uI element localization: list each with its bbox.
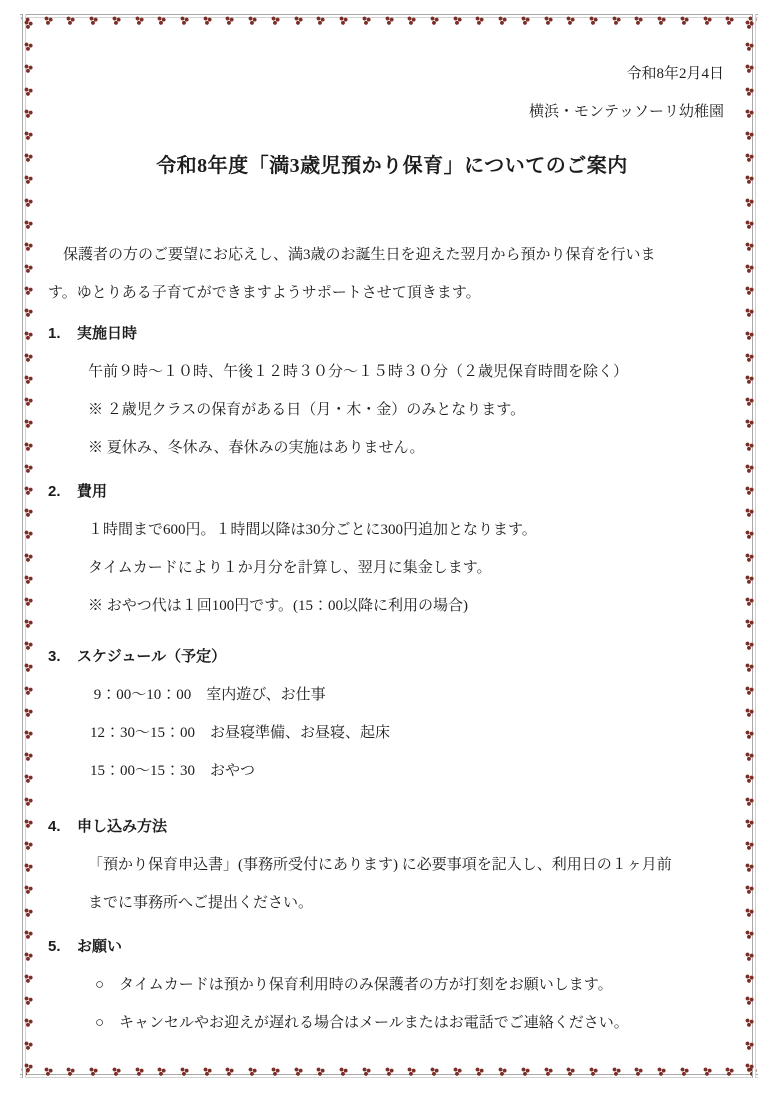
border-motif-icon	[657, 16, 666, 25]
border-motif-icon	[203, 1067, 212, 1076]
border-motif-icon	[24, 375, 33, 384]
border-motif-icon	[745, 708, 754, 717]
border-motif-icon	[703, 16, 712, 25]
border-motif-icon	[745, 952, 754, 961]
border-motif-icon	[24, 242, 33, 251]
border-motif-icon	[339, 1067, 348, 1076]
border-motif-icon	[271, 16, 280, 25]
border-motif-icon	[24, 42, 33, 51]
border-motif-icon	[24, 64, 33, 73]
border-motif-icon	[24, 1018, 33, 1027]
border-motif-icon	[748, 16, 757, 25]
border-motif-icon	[180, 16, 189, 25]
border-motif-icon	[24, 175, 33, 184]
border-motif-icon	[612, 16, 621, 25]
border-motif-icon	[680, 1067, 689, 1076]
border-motif-icon	[745, 198, 754, 207]
border-motif-icon	[24, 1041, 33, 1050]
organization-name: 横浜・モンテッソーリ幼稚園	[529, 93, 724, 131]
border-edge-right	[744, 12, 758, 1080]
border-motif-icon	[566, 1067, 575, 1076]
border-motif-icon	[745, 619, 754, 628]
border-motif-icon	[745, 175, 754, 184]
border-motif-icon	[248, 1067, 257, 1076]
border-motif-icon	[24, 397, 33, 406]
border-motif-icon	[745, 797, 754, 806]
border-motif-icon	[745, 264, 754, 273]
border-motif-icon	[475, 1067, 484, 1076]
border-motif-icon	[745, 109, 754, 118]
border-motif-icon	[589, 16, 598, 25]
border-motif-icon	[24, 286, 33, 295]
section-number: 5.	[48, 928, 77, 966]
border-motif-icon	[566, 16, 575, 25]
border-motif-icon	[89, 1067, 98, 1076]
border-motif-icon	[24, 1063, 33, 1072]
border-motif-icon	[21, 1067, 30, 1076]
section-note-line: ※ 夏休み、冬休み、春休みの実施はありません。	[48, 429, 730, 467]
border-motif-icon	[24, 464, 33, 473]
document-header: 令和8年2月4日 横浜・モンテッソーリ幼稚園	[529, 55, 724, 131]
border-motif-icon	[316, 1067, 325, 1076]
border-motif-icon	[24, 442, 33, 451]
section-number: 4.	[48, 808, 77, 846]
border-motif-icon	[316, 16, 325, 25]
border-motif-icon	[745, 20, 754, 29]
border-motif-icon	[745, 375, 754, 384]
section-heading-label: お願い	[77, 928, 122, 966]
border-motif-icon	[430, 16, 439, 25]
border-motif-icon	[24, 974, 33, 983]
border-motif-icon	[24, 486, 33, 495]
section-line: タイムカードにより１か月分を計算し、翌月に集金します。	[48, 549, 730, 587]
border-motif-icon	[453, 16, 462, 25]
border-motif-icon	[453, 1067, 462, 1076]
border-motif-icon	[24, 863, 33, 872]
border-motif-icon	[745, 353, 754, 362]
section-heading-requests: 5. お願い	[48, 928, 730, 966]
border-motif-icon	[225, 16, 234, 25]
border-motifs-right	[745, 20, 754, 1072]
border-motif-icon	[24, 819, 33, 828]
border-motif-icon	[745, 863, 754, 872]
border-motif-icon	[135, 16, 144, 25]
border-motif-icon	[745, 752, 754, 761]
border-motif-icon	[544, 1067, 553, 1076]
border-motif-icon	[745, 42, 754, 51]
border-motif-icon	[745, 1063, 754, 1072]
border-motif-icon	[745, 464, 754, 473]
border-motif-icon	[745, 686, 754, 695]
intro-paragraph-line: す。ゆとりある子育てができますようサポートさせて頂きます。	[48, 274, 730, 312]
border-motif-icon	[24, 220, 33, 229]
section-heading-fees: 2. 費用	[48, 473, 730, 511]
border-motif-icon	[24, 109, 33, 118]
border-motif-icon	[44, 1067, 53, 1076]
border-motif-icon	[294, 16, 303, 25]
section-line: 午前９時～１０時、午後１２時３０分～１５時３０分（２歳児保育時間を除く）	[48, 353, 730, 391]
border-motif-icon	[745, 220, 754, 229]
request-item-line: ○ キャンセルやお迎えが遅れる場合はメールまたはお電話でご連絡ください。	[48, 1004, 730, 1042]
border-motif-icon	[745, 419, 754, 428]
request-item-line: ○ タイムカードは預かり保育利用時のみ保護者の方が打刻をお願いします。	[48, 966, 730, 1004]
section-heading-schedule: 3. スケジュール（予定）	[48, 638, 730, 676]
border-motif-icon	[703, 1067, 712, 1076]
border-motif-icon	[339, 16, 348, 25]
border-motif-icon	[66, 1067, 75, 1076]
border-motif-icon	[362, 16, 371, 25]
schedule-line: 9：00～10：00 室内遊び、お仕事	[48, 676, 730, 714]
border-motif-icon	[24, 597, 33, 606]
border-motif-icon	[745, 331, 754, 340]
border-line	[752, 14, 756, 1078]
border-motif-icon	[521, 1067, 530, 1076]
border-motif-icon	[24, 553, 33, 562]
border-motif-icon	[24, 663, 33, 672]
border-motif-icon	[24, 419, 33, 428]
document-page: 令和8年2月4日 横浜・モンテッソーリ幼稚園 令和8年度「満3歳児預かり保育」に…	[0, 0, 784, 1100]
border-motif-icon	[271, 1067, 280, 1076]
border-motif-icon	[745, 553, 754, 562]
border-motif-icon	[24, 752, 33, 761]
border-motif-icon	[24, 708, 33, 717]
border-motif-icon	[24, 131, 33, 140]
border-motif-icon	[748, 1067, 757, 1076]
border-motif-icon	[745, 397, 754, 406]
border-motif-icon	[544, 16, 553, 25]
section-heading-label: 実施日時	[77, 315, 137, 353]
border-motif-icon	[385, 16, 394, 25]
section-heading-implementation-datetime: 1. 実施日時	[48, 315, 730, 353]
border-motif-icon	[24, 87, 33, 96]
border-motif-icon	[24, 641, 33, 650]
border-line	[20, 14, 758, 18]
border-motifs-bottom	[21, 1067, 757, 1076]
border-motif-icon	[745, 819, 754, 828]
schedule-line: 15：00～15：30 おやつ	[48, 752, 730, 790]
border-motif-icon	[745, 286, 754, 295]
border-motif-icon	[745, 974, 754, 983]
border-motif-icon	[135, 1067, 144, 1076]
border-edge-left	[20, 12, 34, 1080]
border-motif-icon	[24, 841, 33, 850]
border-motif-icon	[745, 641, 754, 650]
section-heading-label: 申し込み方法	[77, 808, 167, 846]
border-motif-icon	[385, 1067, 394, 1076]
border-motif-icon	[24, 198, 33, 207]
border-motif-icon	[24, 774, 33, 783]
border-motif-icon	[24, 619, 33, 628]
border-motifs-top	[21, 16, 757, 25]
border-motif-icon	[24, 930, 33, 939]
border-motif-icon	[24, 331, 33, 340]
border-motif-icon	[180, 1067, 189, 1076]
border-motif-icon	[498, 16, 507, 25]
section-number: 2.	[48, 473, 77, 511]
section-line: 「預かり保育申込書」(事務所受付にあります) に必要事項を記入し、利用日の１ヶ月…	[48, 846, 730, 884]
border-motif-icon	[24, 308, 33, 317]
border-motif-icon	[475, 16, 484, 25]
border-motif-icon	[745, 1018, 754, 1027]
border-motif-icon	[745, 730, 754, 739]
border-motif-icon	[745, 841, 754, 850]
border-motif-icon	[745, 153, 754, 162]
border-motif-icon	[745, 663, 754, 672]
section-line: １時間まで600円。１時間以降は30分ごとに300円追加となります。	[48, 511, 730, 549]
border-motif-icon	[248, 16, 257, 25]
border-edge-top	[20, 12, 758, 26]
section-line: までに事務所へご提出ください。	[48, 884, 730, 922]
border-motif-icon	[24, 20, 33, 29]
border-motif-icon	[157, 16, 166, 25]
border-motif-icon	[24, 952, 33, 961]
border-motif-icon	[157, 1067, 166, 1076]
border-motif-icon	[24, 353, 33, 362]
border-motif-icon	[24, 797, 33, 806]
border-motif-icon	[634, 1067, 643, 1076]
border-motif-icon	[680, 16, 689, 25]
section-heading-label: 費用	[77, 473, 107, 511]
border-motif-icon	[89, 16, 98, 25]
border-edge-bottom	[20, 1066, 758, 1080]
border-motif-icon	[498, 1067, 507, 1076]
border-motif-icon	[745, 242, 754, 251]
document-title: 令和8年度「満3歳児預かり保育」についてのご案内	[40, 144, 744, 188]
border-motif-icon	[24, 508, 33, 517]
border-motif-icon	[24, 730, 33, 739]
border-motif-icon	[745, 508, 754, 517]
border-motif-icon	[44, 16, 53, 25]
schedule-line: 12：30～15：00 お昼寝準備、お昼寝、起床	[48, 714, 730, 752]
section-number: 1.	[48, 315, 77, 353]
border-motif-icon	[745, 575, 754, 584]
section-number: 3.	[48, 638, 77, 676]
border-motif-icon	[112, 1067, 121, 1076]
border-motif-icon	[112, 16, 121, 25]
border-motif-icon	[362, 1067, 371, 1076]
section-heading-application-method: 4. 申し込み方法	[48, 808, 730, 846]
border-motifs-left	[24, 20, 33, 1072]
border-motif-icon	[612, 1067, 621, 1076]
border-motif-icon	[24, 908, 33, 917]
border-motif-icon	[745, 930, 754, 939]
border-line	[22, 14, 26, 1078]
border-motif-icon	[745, 597, 754, 606]
border-motif-icon	[24, 530, 33, 539]
border-motif-icon	[745, 530, 754, 539]
border-motif-icon	[24, 996, 33, 1005]
border-motif-icon	[66, 16, 75, 25]
border-motif-icon	[430, 1067, 439, 1076]
border-motif-icon	[24, 153, 33, 162]
border-motif-icon	[745, 87, 754, 96]
section-heading-label: スケジュール（予定）	[77, 638, 226, 676]
document-body: 保護者の方のご要望にお応えし、満3歳のお誕生日を迎えた翌月から預かり保育を行いま…	[48, 236, 730, 1042]
border-motif-icon	[24, 264, 33, 273]
border-motif-icon	[745, 774, 754, 783]
border-motif-icon	[589, 1067, 598, 1076]
border-motif-icon	[745, 64, 754, 73]
border-motif-icon	[24, 686, 33, 695]
border-motif-icon	[745, 996, 754, 1005]
section-note-line: ※ おやつ代は１回100円です。(15：00以降に利用の場合)	[48, 587, 730, 625]
border-motif-icon	[521, 16, 530, 25]
border-motif-icon	[634, 16, 643, 25]
border-motif-icon	[745, 486, 754, 495]
border-motif-icon	[407, 1067, 416, 1076]
document-date: 令和8年2月4日	[529, 55, 724, 93]
border-motif-icon	[745, 442, 754, 451]
border-motif-icon	[225, 1067, 234, 1076]
border-motif-icon	[407, 16, 416, 25]
border-motif-icon	[745, 308, 754, 317]
border-motif-icon	[745, 1041, 754, 1050]
border-motif-icon	[21, 16, 30, 25]
border-motif-icon	[294, 1067, 303, 1076]
border-motif-icon	[24, 575, 33, 584]
border-motif-icon	[725, 1067, 734, 1076]
border-line	[20, 1074, 758, 1078]
border-motif-icon	[657, 1067, 666, 1076]
border-motif-icon	[745, 885, 754, 894]
border-motif-icon	[203, 16, 212, 25]
border-motif-icon	[24, 885, 33, 894]
border-motif-icon	[725, 16, 734, 25]
border-motif-icon	[745, 131, 754, 140]
section-note-line: ※ ２歳児クラスの保育がある日（月・木・金）のみとなります。	[48, 391, 730, 429]
intro-paragraph-line: 保護者の方のご要望にお応えし、満3歳のお誕生日を迎えた翌月から預かり保育を行いま	[48, 236, 730, 274]
border-motif-icon	[745, 908, 754, 917]
